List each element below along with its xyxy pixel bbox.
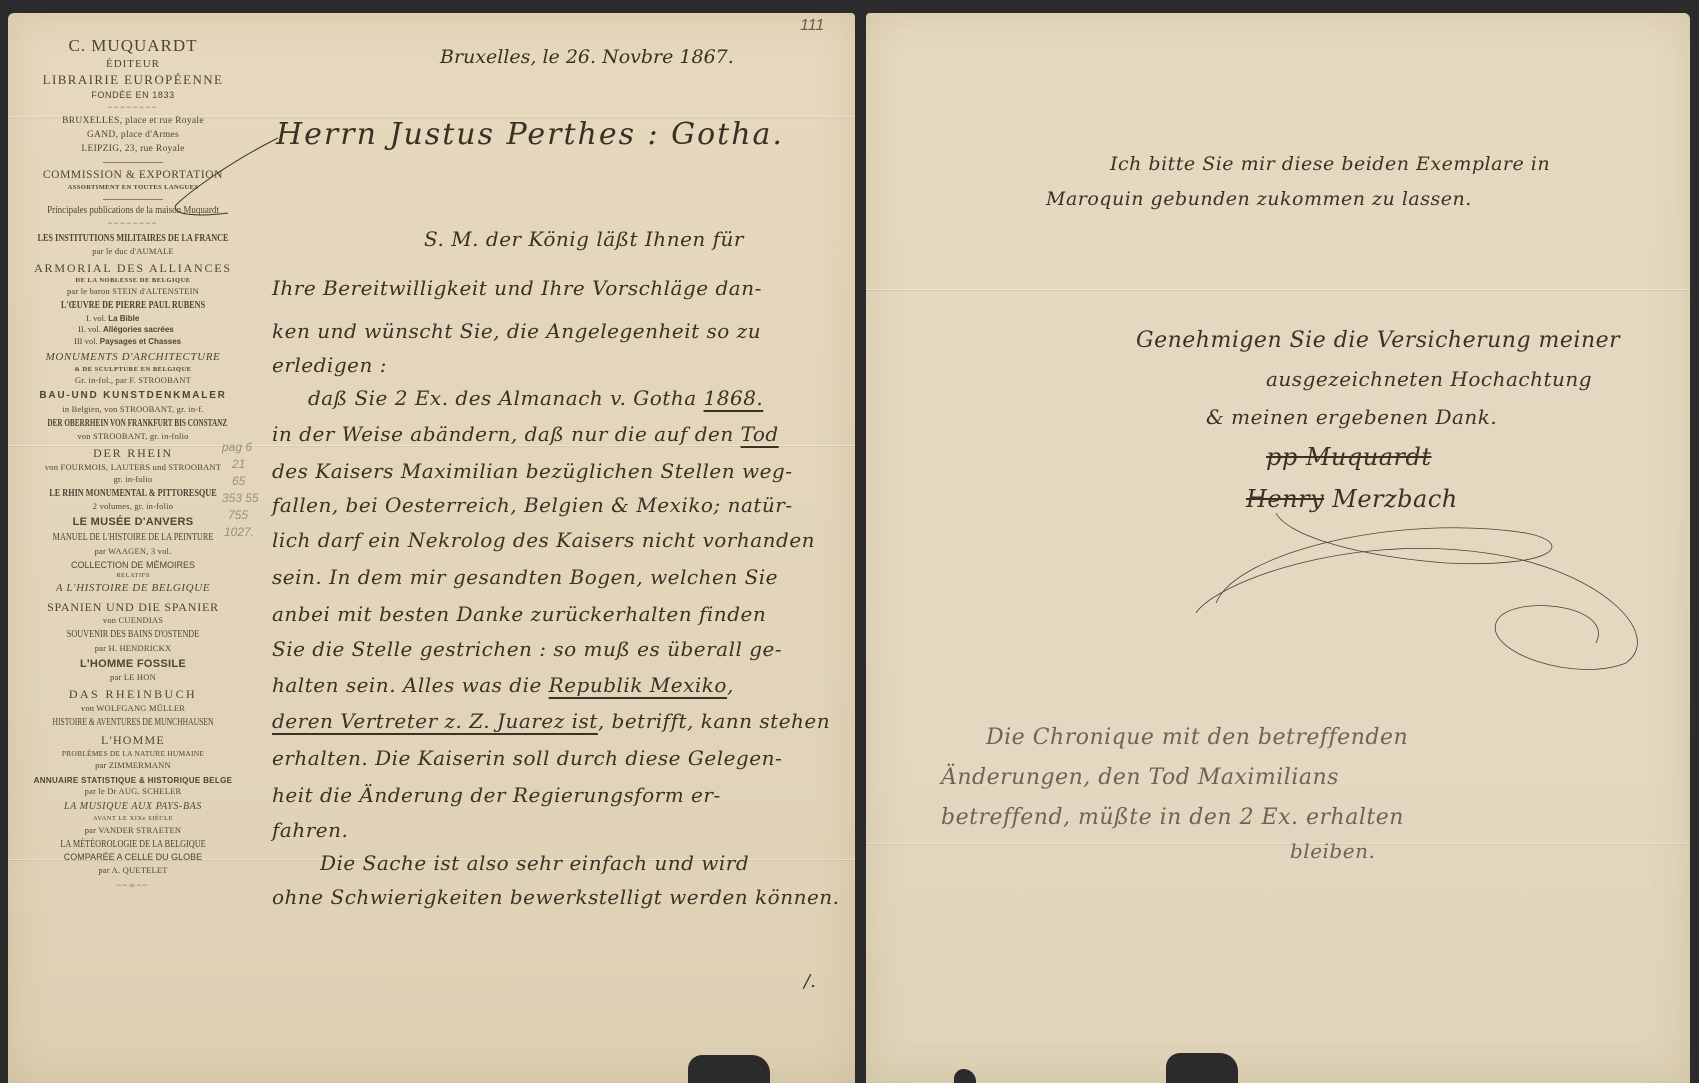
publications-heading: Principales publications de la maison Mu…: [26, 206, 240, 217]
publication-format: gr. in-folio: [14, 475, 252, 484]
body-line: lich darf ein Nekrolog des Kaisers nicht…: [272, 528, 815, 552]
divider: [103, 162, 163, 163]
dateline: Bruxelles, le 26. Novbre 1867.: [440, 46, 734, 68]
underlined-juarez: deren Vertreter z. Z. Juarez ist: [272, 709, 598, 733]
body-line: S. M. der König läßt Ihnen für: [424, 227, 744, 251]
body-line: fahren.: [272, 818, 348, 842]
divider: [103, 199, 163, 200]
publication-title: LES INSTITUTIONS MILITAIRES DE LA FRANCE: [35, 234, 230, 245]
firm-name: C. MUQUARDT: [14, 37, 252, 55]
underlined-year: 1868.: [704, 386, 764, 410]
publication-title: L'ŒUVRE DE PIERRE PAUL RUBENS: [35, 301, 230, 312]
body-line: halten sein. Alles was die Republik Mexi…: [272, 673, 734, 697]
body-line: Ihre Bereitwilligkeit und Ihre Vorschläg…: [272, 276, 762, 300]
postscript-line: betreffend, müßte in den 2 Ex. erhalten: [941, 805, 1404, 830]
signature: Henry Merzbach: [1246, 485, 1458, 513]
address-brussels: BRUXELLES, place et rue Royale: [14, 117, 252, 127]
addressee: Herrn Justus Perthes : Gotha.: [276, 117, 784, 152]
publication-author: Gr. in-fol., par F. STROOBANT: [14, 376, 252, 385]
publication-author: par le baron STEIN d'ALTENSTEIN: [14, 287, 252, 296]
body-line: Sie die Stelle gestrichen : so muß es üb…: [272, 637, 782, 661]
publication-author: von STROOBANT, gr. in-folio: [14, 432, 252, 441]
body-line: erhalten. Die Kaiserin soll durch diese …: [272, 746, 782, 770]
volume-line: II. vol. Allégories sacrées: [14, 325, 252, 334]
volume-line: III vol. Paysages et Chasses: [14, 337, 252, 346]
letter-page-right: Ich bitte Sie mir diese beiden Exemplare…: [866, 13, 1690, 1083]
publication-author: par H. HENDRICKX: [14, 644, 252, 653]
body-line: Die Sache ist also sehr einfach und wird: [320, 851, 749, 875]
publication-subtitle: PROBLÈMES DE LA NATURE HUMAINE: [14, 750, 252, 758]
publication-subtitle: RELATIFS: [14, 573, 252, 580]
publication-title: ANNUAIRE STATISTIQUE & HISTORIQUE BELGE: [20, 776, 246, 785]
body-line: des Kaisers Maximilian bezüglichen Stell…: [272, 459, 792, 483]
letter-page-left: C. MUQUARDT ÉDITEUR LIBRAIRIE EUROPÉENNE…: [8, 13, 855, 1083]
publication-title: MONUMENTS D'ARCHITECTURE: [14, 352, 252, 364]
publication-author: par WAAGEN, 3 vol.: [14, 547, 252, 556]
printed-letterhead: C. MUQUARDT ÉDITEUR LIBRAIRIE EUROPÉENNE…: [14, 35, 252, 894]
end-ornament: ~~∞~~: [14, 882, 252, 890]
publication-author: par A. QUETELET: [14, 866, 252, 875]
publication-subtitle: & DE SCULPTURE EN BELGIQUE: [14, 367, 252, 374]
publication-author: von FOURMOIS, LAUTERS und STROOBANT: [14, 463, 252, 472]
publication-format: 2 volumes, gr. in-folio: [14, 502, 252, 511]
publication-subtitle: DE LA NOBLESSE DE BELGIQUE: [14, 278, 252, 285]
publication-title: L'HOMME FOSSILE: [14, 659, 252, 671]
publication-author: par le duc d'AUMALE: [14, 247, 252, 256]
publication-subtitle: A L'HISTOIRE DE BELGIQUE: [14, 583, 252, 595]
address-leipzig: LEIPZIG, 23, rue Royale: [14, 145, 252, 155]
signature-flourish: [1196, 493, 1676, 673]
firm-business: LIBRAIRIE EUROPÉENNE: [14, 73, 252, 87]
postscript-line: bleiben.: [1290, 839, 1375, 863]
request-line: Maroquin gebunden zukommen zu lassen.: [1046, 188, 1472, 210]
body-line: erledigen :: [272, 353, 387, 377]
ornament: ~~~~~~~~: [14, 220, 252, 228]
publication-title: L'HOMME: [14, 734, 252, 747]
paper-tear: [954, 1069, 976, 1083]
body-line: ken und wünscht Sie, die Angelegenheit s…: [272, 319, 761, 343]
firm-role: ÉDITEUR: [14, 59, 252, 71]
publication-title: LE MUSÉE D'ANVERS: [14, 517, 252, 529]
body-line: ohne Schwierigkeiten bewerkstelligt werd…: [272, 885, 840, 909]
volume-line: I. vol. La Bible: [14, 314, 252, 323]
postscript-line: Die Chronique mit den betreffenden: [986, 725, 1408, 750]
publication-title: LA MUSIQUE AUX PAYS-BAS: [14, 802, 252, 813]
publication-author: par VANDER STRAETEN: [14, 826, 252, 835]
body-line: heit die Änderung der Regierungsform er-: [272, 783, 721, 807]
archive-number: 111: [800, 17, 824, 35]
publication-title: DER OBERRHEIN VON FRANKFURT BIS CONSTANZ: [47, 419, 218, 430]
publication-title: LA MÉTÉOROLOGIE DE LA BELGIQUE: [35, 840, 230, 851]
founded-year: FONDÉE EN 1833: [14, 91, 252, 100]
postscript-line: Änderungen, den Tod Maximilians: [941, 765, 1339, 790]
publication-title: SPANIEN UND DIE SPANIER: [14, 601, 252, 614]
closing-line: Genehmigen Sie die Versicherung meiner: [1136, 328, 1620, 353]
publication-title: ARMORIAL DES ALLIANCES: [14, 262, 252, 275]
publication-subtitle: AVANT LE XIXe SIÈCLE: [14, 816, 252, 823]
footer-mark: /.: [804, 971, 816, 992]
publication-title: DAS RHEINBUCH: [14, 688, 252, 701]
address-ghent: GAND, place d'Armes: [14, 131, 252, 141]
publication-subtitle: COMPARÉE A CELLE DU GLOBE: [14, 853, 252, 862]
body-line: in der Weise abändern, daß nur die auf d…: [272, 422, 779, 446]
publication-title: MANUEL DE L'HISTOIRE DE LA PEINTURE: [35, 533, 230, 544]
publication-author: von WOLFGANG MÜLLER: [14, 704, 252, 713]
underlined-republik: Republik Mexiko: [549, 673, 727, 697]
closing-line: ausgezeichneten Hochachtung: [1266, 367, 1592, 391]
publication-author: par le Dr AUG. SCHELER: [14, 787, 252, 796]
body-line: anbei mit besten Danke zurückerhalten fi…: [272, 602, 766, 626]
publication-author: von CUENDIAS: [14, 616, 252, 625]
publication-author: par LE HON: [14, 673, 252, 682]
publication-title: BAU-UND KUNSTDENKMALER: [14, 391, 252, 402]
body-line: deren Vertreter z. Z. Juarez ist, betrif…: [272, 709, 830, 733]
publication-title: SOUVENIR DES BAINS D'OSTENDE: [35, 630, 230, 641]
fold-line: [866, 843, 1690, 844]
assortment-note: ASSORTIMENT EN TOUTES LANGUES: [14, 185, 252, 192]
publication-author: par ZIMMERMANN: [14, 761, 252, 770]
signature-struck: pp Muquardt: [1266, 443, 1432, 471]
paper-tear: [688, 1055, 770, 1083]
paper-tear: [1166, 1053, 1238, 1083]
request-line: Ich bitte Sie mir diese beiden Exemplare…: [1110, 153, 1550, 175]
body-line: sein. In dem mir gesandten Bogen, welche…: [272, 565, 778, 589]
pencil-margin-notes: pag 6 21 65 353 55 755 1027.: [222, 439, 259, 541]
body-line: daß Sie 2 Ex. des Almanach v. Gotha 1868…: [308, 386, 763, 410]
closing-line: & meinen ergebenen Dank.: [1206, 405, 1497, 429]
publication-title: LE RHIN MONUMENTAL & PITTORESQUE: [35, 489, 230, 500]
body-line: fallen, bei Oesterreich, Belgien & Mexik…: [272, 493, 793, 517]
publication-title: COLLECTION DE MÉMOIRES: [14, 561, 252, 570]
commission-heading: COMMISSION & EXPORTATION: [14, 169, 252, 181]
publication-author: in Belgien, von STROOBANT, gr. in-f.: [14, 405, 252, 414]
fold-line: [866, 289, 1690, 290]
publications-list: LES INSTITUTIONS MILITAIRES DE LA FRANCE…: [14, 234, 252, 875]
underlined-tod: Tod: [741, 422, 779, 446]
ornament: ~~~~~~~~: [14, 104, 252, 112]
publication-title: DER RHEIN: [14, 447, 252, 460]
publication-title: HISTOIRE & AVENTURES DE MUNCHHAUSEN: [43, 718, 224, 729]
